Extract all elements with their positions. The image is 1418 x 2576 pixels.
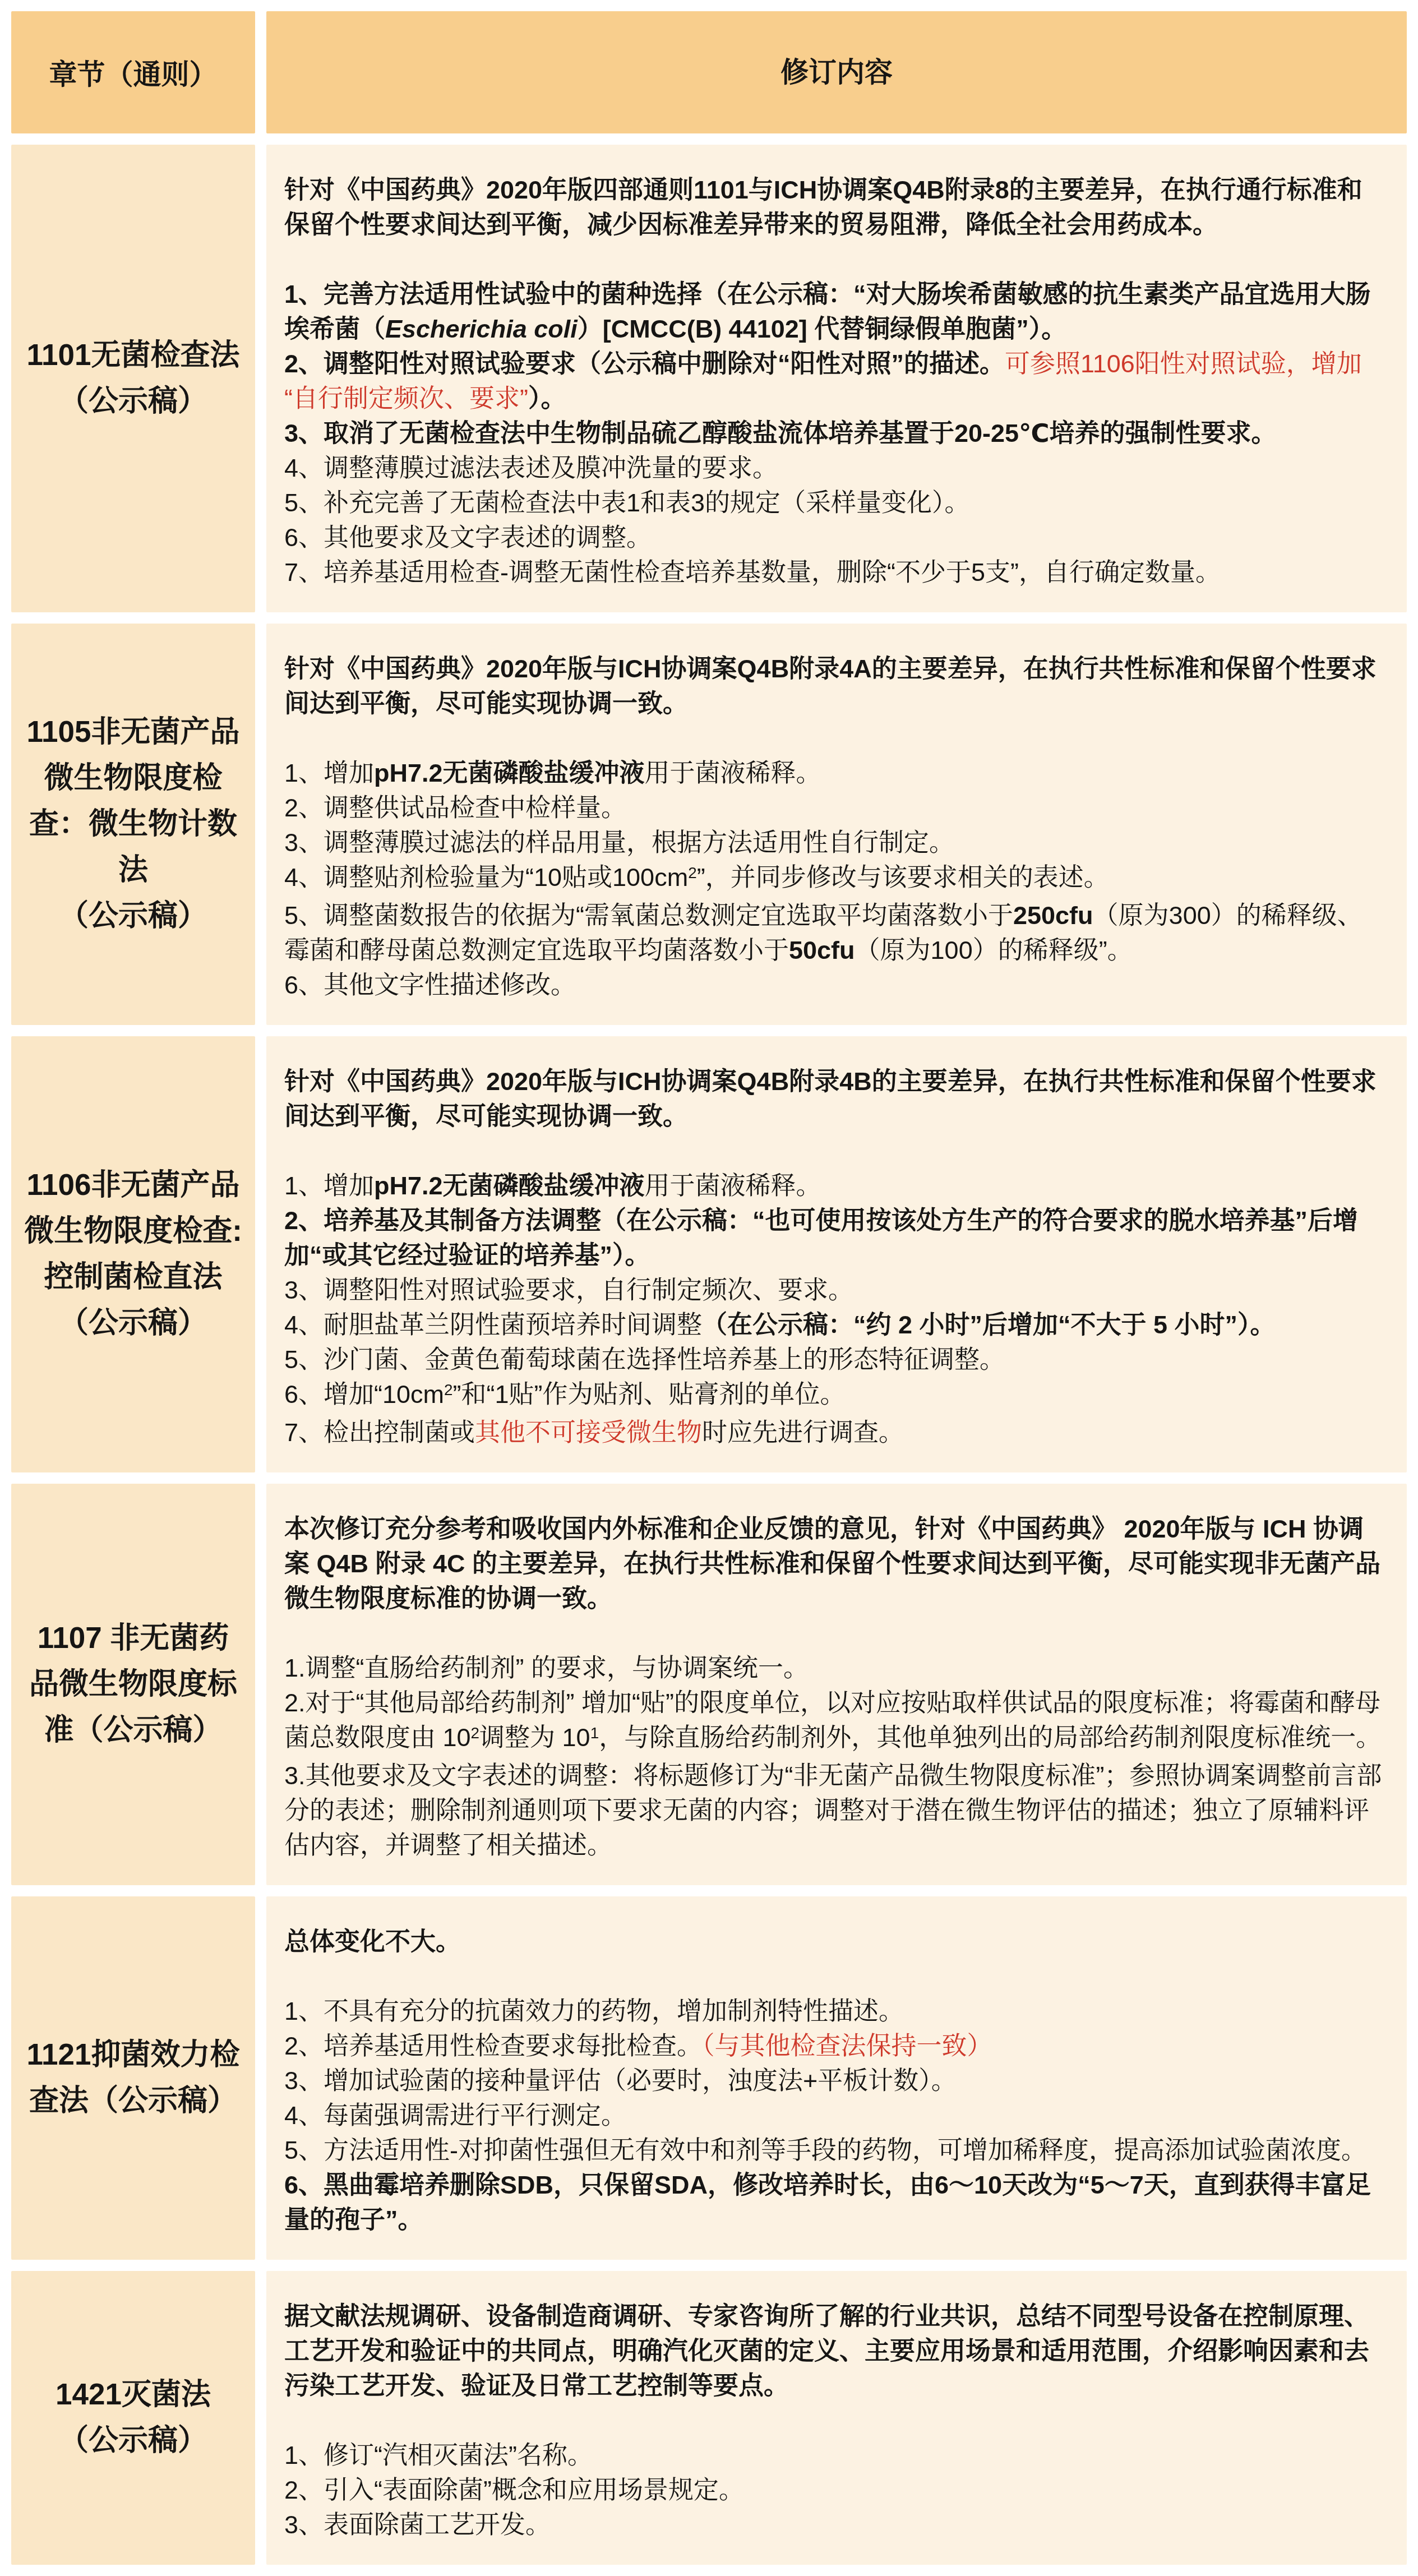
header-content-label: 修订内容 bbox=[780, 55, 893, 90]
revision-item: 1.调整“直肠给药制剂” 的要求，与协调案统一。 bbox=[284, 1651, 1383, 1686]
chapter-cell: 1106非无菌产品 微生物限度检查: 控制菌检直法 （公示稿） bbox=[11, 1036, 255, 1472]
text-segment: 1、修订“汽相灭菌法”名称。 bbox=[284, 2441, 593, 2469]
revision-item: 2、调整供试品检查中检样量。 bbox=[284, 791, 1383, 825]
revision-item: 4、调整贴剂检验量为“10贴或100cm2”，并同步修改与该要求相关的表述。 bbox=[284, 860, 1383, 898]
text-segment: pH7.2无菌磷酸盐缓冲液 bbox=[374, 1171, 645, 1200]
text-segment: 其他不可接受微生物 bbox=[475, 1418, 702, 1447]
table-row: 1121抑菌效力检 查法（公示稿）总体变化不大。1、不具有充分的抗菌效力的药物，… bbox=[11, 1896, 1407, 2260]
chapter-title: 1421灭菌法 （公示稿） bbox=[56, 2372, 211, 2464]
revision-item: 5、沙门菌、金黄色葡萄球菌在选择性培养基上的形态特征调整。 bbox=[284, 1342, 1383, 1377]
table-row: 1421灭菌法 （公示稿）据文献法规调研、设备制造商调研、专家咨询所了解的行业共… bbox=[11, 2271, 1407, 2565]
text-segment: 用于菌液稀释。 bbox=[645, 759, 821, 787]
table-header-row: 章节（通则） 修订内容 bbox=[11, 11, 1407, 133]
chapter-title: 1106非无菌产品 微生物限度检查: 控制菌检直法 （公示稿） bbox=[24, 1162, 242, 1346]
text-segment: 4、调整贴剂检验量为“10贴或100cm bbox=[284, 863, 688, 892]
text-segment: 7、培养基适用检查-调整无菌性检查培养基数量，删除“不少于5支”，自行确定数量。 bbox=[284, 558, 1221, 587]
chapter-title: 1105非无菌产品 微生物限度检 查：微生物计数 法 （公示稿） bbox=[27, 709, 240, 939]
text-segment: 1 bbox=[590, 1724, 599, 1742]
text-segment: pH7.2无菌磷酸盐缓冲液 bbox=[374, 759, 645, 787]
text-segment: 2 bbox=[471, 1724, 480, 1742]
text-segment: 4、调整薄膜过滤法表述及膜冲洗量的要求。 bbox=[284, 454, 778, 482]
chapter-title: 1107 非无菌药 品微生物限度标 准（公示稿） bbox=[29, 1615, 237, 1753]
row-intro: 针对《中国药典》2020年版与ICH协调案Q4B附录4A的主要差异，在执行共性标… bbox=[284, 652, 1383, 721]
text-segment: （在公示稿：“约 2 小时”后增加“不大于 5 小时”）。 bbox=[702, 1310, 1276, 1339]
revision-item: 6、黑曲霉培养删除SDB，只保留SDA，修改培养时长，由6～10天改为“5～7天… bbox=[284, 2168, 1383, 2237]
content-cell: 总体变化不大。1、不具有充分的抗菌效力的药物，增加制剂特性描述。2、培养基适用性… bbox=[266, 1896, 1407, 2260]
text-segment: 3、增加试验菌的接种量评估（必要时，浊度法+平板计数）。 bbox=[284, 2066, 957, 2095]
text-segment: 250cfu bbox=[1013, 901, 1093, 930]
table-row: 1101无菌检查法 （公示稿）针对《中国药典》2020年版四部通则1101与IC… bbox=[11, 145, 1407, 612]
chapter-cell: 1121抑菌效力检 查法（公示稿） bbox=[11, 1896, 255, 2260]
text-segment: （与其他检查法保持一致） bbox=[702, 2032, 992, 2060]
row-intro: 本次修订充分参考和吸收国内外标准和企业反馈的意见，针对《中国药典》 2020年版… bbox=[284, 1512, 1383, 1616]
revision-item: 6、其他要求及文字表述的调整。 bbox=[284, 520, 1383, 555]
text-segment: 2、调整阳性对照试验要求（公示稿中删除对“阳性对照”的描述。 bbox=[284, 349, 1005, 378]
text-segment: 4、每菌强调需进行平行测定。 bbox=[284, 2101, 626, 2130]
table-rows: 1101无菌检查法 （公示稿）针对《中国药典》2020年版四部通则1101与IC… bbox=[11, 145, 1407, 2565]
table-row: 1106非无菌产品 微生物限度检查: 控制菌检直法 （公示稿）针对《中国药典》2… bbox=[11, 1036, 1407, 1472]
revision-item: 5、方法适用性-对抑菌性强但无有效中和剂等手段的药物，可增加稀释度，提高添加试验… bbox=[284, 2133, 1383, 2168]
revision-item: 3.其他要求及文字表述的调整：将标题修订为“非无菌产品微生物限度标准”；参照协调… bbox=[284, 1758, 1383, 1863]
text-segment: 3、调整薄膜过滤法的样品用量，根据方法适用性自行制定。 bbox=[284, 828, 954, 857]
text-segment: 1、增加 bbox=[284, 759, 374, 787]
revision-item: 6、增加“10cm2”和“1贴”作为贴剂、贴膏剂的单位。 bbox=[284, 1377, 1383, 1415]
content-cell: 针对《中国药典》2020年版与ICH协调案Q4B附录4B的主要差异，在执行共性标… bbox=[266, 1036, 1407, 1472]
text-segment: 2、培养基及其制备方法调整（在公示稿：“也可使用按该处方生产的符合要求的脱水培养… bbox=[284, 1206, 1358, 1269]
revision-item: 2.对于“其他局部给药制剂” 增加“贴”的限度单位，以对应按贴取样供试品的限度标… bbox=[284, 1686, 1383, 1758]
text-segment: 1.调整“直肠给药制剂” 的要求，与协调案统一。 bbox=[284, 1654, 809, 1682]
text-segment: 3.其他要求及文字表述的调整：将标题修订为“非无菌产品微生物限度标准”；参照协调… bbox=[284, 1761, 1382, 1859]
revision-item: 5、补充完善了无菌检查法中表1和表3的规定（采样量变化）。 bbox=[284, 486, 1383, 520]
text-segment: 本次修订充分参考和吸收国内外标准和企业反馈的意见，针对《中国药典》 2020年版… bbox=[284, 1515, 1380, 1613]
text-segment: 2 bbox=[444, 1381, 453, 1398]
revision-item: 6、其他文字性描述修改。 bbox=[284, 968, 1383, 1003]
text-segment: 3、表面除菌工艺开发。 bbox=[284, 2510, 551, 2539]
text-segment: 7、检出控制菌或 bbox=[284, 1418, 475, 1447]
text-segment: 总体变化不大。 bbox=[284, 1927, 461, 1956]
row-intro: 总体变化不大。 bbox=[284, 1924, 1383, 1959]
text-segment: 5、补充完善了无菌检查法中表1和表3的规定（采样量变化）。 bbox=[284, 488, 970, 517]
content-cell: 针对《中国药典》2020年版四部通则1101与ICH协调案Q4B附录8的主要差异… bbox=[266, 145, 1407, 612]
text-segment: 2、引入“表面除菌”概念和应用场景规定。 bbox=[284, 2476, 744, 2504]
text-segment: 3、调整阳性对照试验要求，自行制定频次、要求。 bbox=[284, 1276, 853, 1304]
chapter-cell: 1101无菌检查法 （公示稿） bbox=[11, 145, 255, 612]
revision-item: 5、调整菌数报告的依据为“需氧菌总数测定宜选取平均菌落数小于250cfu（原为3… bbox=[284, 898, 1383, 968]
text-segment: 据文献法规调研、设备制造商调研、专家咨询所了解的行业共识，总结不同型号设备在控制… bbox=[284, 2302, 1369, 2400]
text-segment: 5、沙门菌、金黄色葡萄球菌在选择性培养基上的形态特征调整。 bbox=[284, 1345, 1005, 1374]
revision-item: 1、修订“汽相灭菌法”名称。 bbox=[284, 2438, 1383, 2473]
revision-item: 2、培养基及其制备方法调整（在公示稿：“也可使用按该处方生产的符合要求的脱水培养… bbox=[284, 1203, 1383, 1273]
text-segment: 2、培养基适用性检查要求每批检查。 bbox=[284, 2032, 702, 2060]
text-segment: 3、取消了无菌检查法中生物制品硫乙醇酸盐流体培养基置于20-25℃培养的强制性要… bbox=[284, 419, 1277, 447]
text-segment: ）[CMCC(B) 44102] 代替铜绿假单胞菌”）。 bbox=[578, 315, 1067, 343]
text-segment: Escherichia coli bbox=[385, 315, 578, 343]
text-segment: 用于菌液稀释。 bbox=[645, 1171, 821, 1200]
chapter-title: 1121抑菌效力检 查法（公示稿） bbox=[27, 2032, 240, 2124]
chapter-title: 1101无菌检查法 （公示稿） bbox=[27, 333, 240, 424]
revision-item: 2、调整阳性对照试验要求（公示稿中删除对“阳性对照”的描述。可参照1106阳性对… bbox=[284, 347, 1383, 416]
row-intro: 据文献法规调研、设备制造商调研、专家咨询所了解的行业共识，总结不同型号设备在控制… bbox=[284, 2299, 1383, 2403]
revision-item: 1、不具有充分的抗菌效力的药物，增加制剂特性描述。 bbox=[284, 1994, 1383, 2029]
pharmacopoeia-revision-table-page: { "colors": { "header_bg": "#F8CE8D", "c… bbox=[0, 0, 1418, 2576]
content-cell: 针对《中国药典》2020年版与ICH协调案Q4B附录4A的主要差异，在执行共性标… bbox=[266, 624, 1407, 1025]
revision-table: 章节（通则） 修订内容 1101无菌检查法 （公示稿）针对《中国药典》2020年… bbox=[0, 0, 1418, 2576]
text-segment: 4、耐胆盐革兰阴性菌预培养时间调整 bbox=[284, 1310, 702, 1339]
revision-item: 2、引入“表面除菌”概念和应用场景规定。 bbox=[284, 2473, 1383, 2508]
revision-item: 7、培养基适用检查-调整无菌性检查培养基数量，删除“不少于5支”，自行确定数量。 bbox=[284, 555, 1383, 590]
text-segment: 6、其他文字性描述修改。 bbox=[284, 971, 576, 999]
revision-item: 4、每菌强调需进行平行测定。 bbox=[284, 2098, 1383, 2133]
table-row: 1105非无菌产品 微生物限度检 查：微生物计数 法 （公示稿）针对《中国药典》… bbox=[11, 624, 1407, 1025]
text-segment: 1、不具有充分的抗菌效力的药物，增加制剂特性描述。 bbox=[284, 1997, 904, 2025]
text-segment: ”和“1贴”作为贴剂、贴膏剂的单位。 bbox=[453, 1380, 846, 1409]
revision-item: 3、调整阳性对照试验要求，自行制定频次、要求。 bbox=[284, 1273, 1383, 1308]
text-segment: 2 bbox=[688, 864, 697, 881]
text-segment: 6、其他要求及文字表述的调整。 bbox=[284, 523, 652, 552]
content-cell: 据文献法规调研、设备制造商调研、专家咨询所了解的行业共识，总结不同型号设备在控制… bbox=[266, 2271, 1407, 2565]
header-content-cell: 修订内容 bbox=[266, 11, 1407, 133]
revision-item: 3、取消了无菌检查法中生物制品硫乙醇酸盐流体培养基置于20-25℃培养的强制性要… bbox=[284, 416, 1383, 451]
text-segment: ，与除直肠给药制剂外，其他单独列出的局部给药制剂限度标准统一。 bbox=[599, 1723, 1381, 1752]
text-segment: 5、方法适用性-对抑菌性强但无有效中和剂等手段的药物，可增加稀释度，提高添加试验… bbox=[284, 2136, 1366, 2164]
revision-item: 3、增加试验菌的接种量评估（必要时，浊度法+平板计数）。 bbox=[284, 2063, 1383, 2098]
chapter-cell: 1107 非无菌药 品微生物限度标 准（公示稿） bbox=[11, 1484, 255, 1885]
text-segment: 2、调整供试品检查中检样量。 bbox=[284, 793, 626, 822]
text-segment: 1、增加 bbox=[284, 1171, 374, 1200]
revision-item: 7、检出控制菌或其他不可接受微生物时应先进行调查。 bbox=[284, 1415, 1383, 1450]
text-segment: 时应先进行调查。 bbox=[702, 1418, 904, 1447]
text-segment: 针对《中国药典》2020年版与ICH协调案Q4B附录4B的主要差异，在执行共性标… bbox=[284, 1067, 1377, 1130]
revision-item: 1、增加pH7.2无菌磷酸盐缓冲液用于菌液稀释。 bbox=[284, 756, 1383, 791]
revision-item: 2、培养基适用性检查要求每批检查。（与其他检查法保持一致） bbox=[284, 2029, 1383, 2063]
text-segment: （原为100）的稀释级”。 bbox=[855, 936, 1133, 964]
text-segment: 针对《中国药典》2020年版四部通则1101与ICH协调案Q4B附录8的主要差异… bbox=[284, 176, 1362, 239]
revision-item: 1、增加pH7.2无菌磷酸盐缓冲液用于菌液稀释。 bbox=[284, 1169, 1383, 1203]
content-cell: 本次修订充分参考和吸收国内外标准和企业反馈的意见，针对《中国药典》 2020年版… bbox=[266, 1484, 1407, 1885]
revision-item: 4、调整薄膜过滤法表述及膜冲洗量的要求。 bbox=[284, 451, 1383, 486]
header-chapter-label: 章节（通则） bbox=[49, 52, 218, 93]
revision-item: 3、调整薄膜过滤法的样品用量，根据方法适用性自行制定。 bbox=[284, 825, 1383, 860]
chapter-cell: 1105非无菌产品 微生物限度检 查：微生物计数 法 （公示稿） bbox=[11, 624, 255, 1025]
row-intro: 针对《中国药典》2020年版与ICH协调案Q4B附录4B的主要差异，在执行共性标… bbox=[284, 1064, 1383, 1134]
revision-item: 3、表面除菌工艺开发。 bbox=[284, 2508, 1383, 2542]
text-segment: 6、增加“10cm bbox=[284, 1380, 444, 1409]
text-segment: 针对《中国药典》2020年版与ICH协调案Q4B附录4A的主要差异，在执行共性标… bbox=[284, 654, 1377, 718]
revision-item: 1、完善方法适用性试验中的菌种选择（在公示稿：“对大肠埃希菌敏感的抗生素类产品宜… bbox=[284, 277, 1383, 347]
table-row: 1107 非无菌药 品微生物限度标 准（公示稿）本次修订充分参考和吸收国内外标准… bbox=[11, 1484, 1407, 1885]
text-segment: 5、调整菌数报告的依据为“需氧菌总数测定宜选取平均菌落数小于 bbox=[284, 901, 1013, 930]
header-chapter-cell: 章节（通则） bbox=[11, 11, 255, 133]
text-segment: ”，并同步修改与该要求相关的表述。 bbox=[697, 863, 1109, 892]
text-segment: 调整为 10 bbox=[479, 1723, 590, 1752]
revision-item: 4、耐胆盐革兰阴性菌预培养时间调整（在公示稿：“约 2 小时”后增加“不大于 5… bbox=[284, 1308, 1383, 1342]
row-intro: 针对《中国药典》2020年版四部通则1101与ICH协调案Q4B附录8的主要差异… bbox=[284, 173, 1383, 242]
text-segment: 50cfu bbox=[789, 936, 855, 964]
text-segment: ）。 bbox=[528, 384, 566, 413]
chapter-cell: 1421灭菌法 （公示稿） bbox=[11, 2271, 255, 2565]
text-segment: 6、黑曲霉培养删除SDB，只保留SDA，修改培养时长，由6～10天改为“5～7天… bbox=[284, 2171, 1371, 2234]
